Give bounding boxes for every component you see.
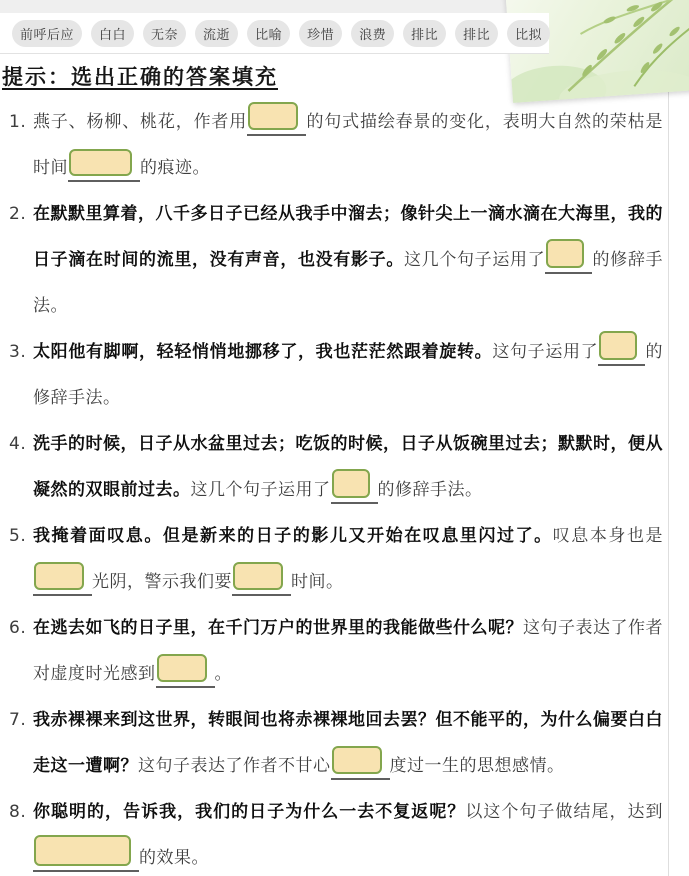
question-text: 的效果。	[139, 848, 209, 868]
question-text: 这句子表达了作者不甘心	[138, 756, 331, 776]
question-item: 4.洗手的时候，日子从水盆里过去；吃饭的时候，日子从饭碗里过去；默默时，便从凝然…	[0, 421, 689, 513]
question-item: 1.燕子、杨柳、桃花，作者用的句式描绘春景的变化，表明大自然的荣枯是时间的痕迹。	[0, 99, 689, 191]
option-chip[interactable]: 无奈	[143, 20, 186, 47]
answer-blank[interactable]	[331, 746, 390, 780]
question-item: 6.在逃去如飞的日子里，在千门万户的世界里的我能做些什么呢？这句子表达了作者对虚…	[0, 605, 689, 697]
answer-box	[599, 331, 637, 360]
question-number: 1.	[9, 99, 26, 145]
question-number: 6.	[9, 605, 26, 651]
question-text: 以这个句子做结尾，达到	[465, 802, 663, 822]
question-number: 2.	[9, 191, 26, 237]
answer-box	[157, 654, 207, 682]
answer-blank[interactable]	[33, 835, 139, 872]
question-text: 这句子运用了	[492, 342, 598, 362]
answer-box	[332, 746, 382, 774]
answer-box	[546, 239, 584, 268]
answer-box	[34, 562, 84, 590]
question-text: 叹息本身也是	[553, 526, 663, 546]
question-text: 你聪明的，告诉我，我们的日子为什么一去不复返呢？	[33, 802, 465, 822]
answer-box	[34, 835, 131, 866]
option-chip[interactable]: 前呼后应	[12, 20, 82, 47]
question-number: 4.	[9, 421, 26, 467]
option-chip[interactable]: 排比	[455, 20, 498, 47]
question-text: 的修辞手法。	[378, 480, 483, 500]
question-number: 3.	[9, 329, 26, 375]
answer-box	[332, 469, 370, 498]
answer-blank[interactable]	[598, 331, 645, 366]
question-text: 这几个句子运用了	[191, 480, 331, 500]
answer-box	[248, 102, 298, 130]
option-chip[interactable]: 珍惜	[299, 20, 342, 47]
answer-blank[interactable]	[545, 239, 592, 274]
worksheet-page: 前呼后应白白无奈流逝比喻珍惜浪费排比排比比拟 提示：选出正确的答案填充 1.燕子…	[0, 0, 689, 876]
answer-box	[233, 562, 283, 590]
option-chip[interactable]: 排比	[403, 20, 446, 47]
question-text: 光阴，警示我们要	[92, 572, 232, 592]
question-item: 2.在默默里算着，八千多日子已经从我手中溜去；像针尖上一滴水滴在大海里，我的日子…	[0, 191, 689, 329]
question-number: 7.	[9, 697, 26, 743]
answer-blank[interactable]	[331, 469, 378, 504]
question-number: 5.	[9, 513, 26, 559]
option-chip[interactable]: 比喻	[247, 20, 290, 47]
answer-blank[interactable]	[247, 102, 306, 136]
answer-box	[69, 149, 132, 176]
answer-blank[interactable]	[68, 149, 140, 182]
question-item: 5.我掩着面叹息。但是新来的日子的影儿又开始在叹息里闪过了。叹息本身也是光阴，警…	[0, 513, 689, 605]
question-number: 8.	[9, 789, 26, 835]
question-text: 我掩着面叹息。但是新来的日子的影儿又开始在叹息里闪过了。	[33, 526, 553, 546]
option-chip[interactable]: 浪费	[351, 20, 394, 47]
answer-blank[interactable]	[232, 562, 291, 596]
question-text: 度过一生的思想感情。	[390, 756, 565, 776]
option-chip[interactable]: 白白	[91, 20, 134, 47]
hint-title: 提示：选出正确的答案填充	[2, 61, 278, 91]
option-chip[interactable]: 比拟	[507, 20, 550, 47]
option-chip[interactable]: 流逝	[195, 20, 238, 47]
question-text: 太阳他有脚啊，轻轻悄悄地挪移了，我也茫茫然跟着旋转。	[33, 342, 492, 362]
answer-blank[interactable]	[156, 654, 215, 688]
question-text: 的痕迹。	[140, 158, 210, 178]
question-text: 在逃去如飞的日子里，在千门万户的世界里的我能做些什么呢？	[33, 618, 523, 638]
question-item: 7.我赤裸裸来到这世界，转眼间也将赤裸裸地回去罢？但不能平的，为什么偏要白白走这…	[0, 697, 689, 789]
question-item: 8.你聪明的，告诉我，我们的日子为什么一去不复返呢？以这个句子做结尾，达到的效果…	[0, 789, 689, 876]
question-text: 时间。	[291, 572, 344, 592]
question-text: 。	[215, 664, 233, 684]
questions-list: 1.燕子、杨柳、桃花，作者用的句式描绘春景的变化，表明大自然的荣枯是时间的痕迹。…	[0, 99, 689, 876]
question-text: 燕子、杨柳、桃花，作者用	[33, 112, 247, 132]
answer-blank[interactable]	[33, 562, 92, 596]
question-text: 这几个句子运用了	[404, 250, 545, 270]
question-item: 3.太阳他有脚啊，轻轻悄悄地挪移了，我也茫茫然跟着旋转。这句子运用了的修辞手法。	[0, 329, 689, 421]
answer-word-chip-bar: 前呼后应白白无奈流逝比喻珍惜浪费排比排比比拟	[0, 13, 549, 54]
